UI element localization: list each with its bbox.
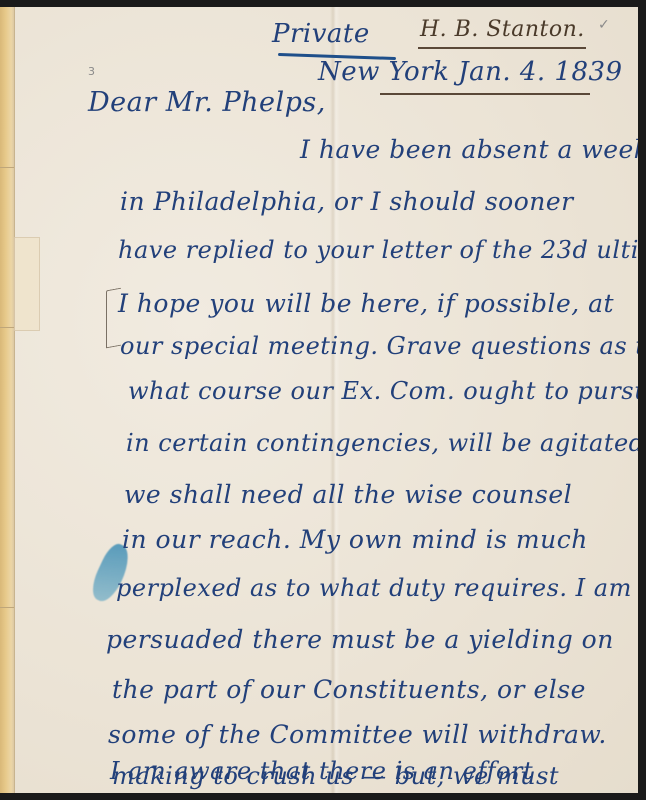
- private-mark: Private: [272, 19, 370, 49]
- body-line-11: persuaded there must be a yielding on: [106, 625, 614, 654]
- body-line-2: in Philadelphia, or I should sooner: [120, 187, 574, 216]
- author-underline: [418, 47, 586, 49]
- letter-page: 3 ✓ Private H. B. Stanton. New York Jan.…: [0, 7, 638, 793]
- author-annotation: H. B. Stanton.: [420, 17, 585, 42]
- body-line-12: the part of our Constituents, or else: [112, 675, 586, 704]
- check-mark-icon: ✓: [598, 17, 610, 33]
- body-line-4: I hope you will be here, if possible, at: [118, 289, 614, 318]
- salutation: Dear Mr. Phelps,: [88, 87, 326, 118]
- body-line-7: in certain contingencies, will be agitat…: [126, 429, 638, 457]
- tape-patch: [14, 237, 40, 331]
- date-underline: [380, 93, 590, 95]
- body-line-6: what course our Ex. Com. ought to pursue: [128, 377, 638, 405]
- body-line-9: in our reach. My own mind is much: [122, 525, 588, 554]
- body-line-13: some of the Committee will withdraw.: [108, 720, 607, 749]
- body-line-3: have replied to your letter of the 23d u…: [118, 236, 638, 264]
- body-line-15: making to crush us — but, we must: [112, 762, 559, 790]
- place-date: New York Jan. 4. 1839: [318, 57, 623, 87]
- body-line-5: our special meeting. Grave questions as …: [120, 332, 638, 360]
- folio-number: 3: [88, 65, 95, 78]
- body-line-1: I have been absent a week: [300, 135, 638, 164]
- body-line-10: perplexed as to what duty requires. I am: [116, 574, 632, 602]
- body-line-8: we shall need all the wise counsel: [124, 480, 572, 509]
- binding-strip: [0, 7, 15, 793]
